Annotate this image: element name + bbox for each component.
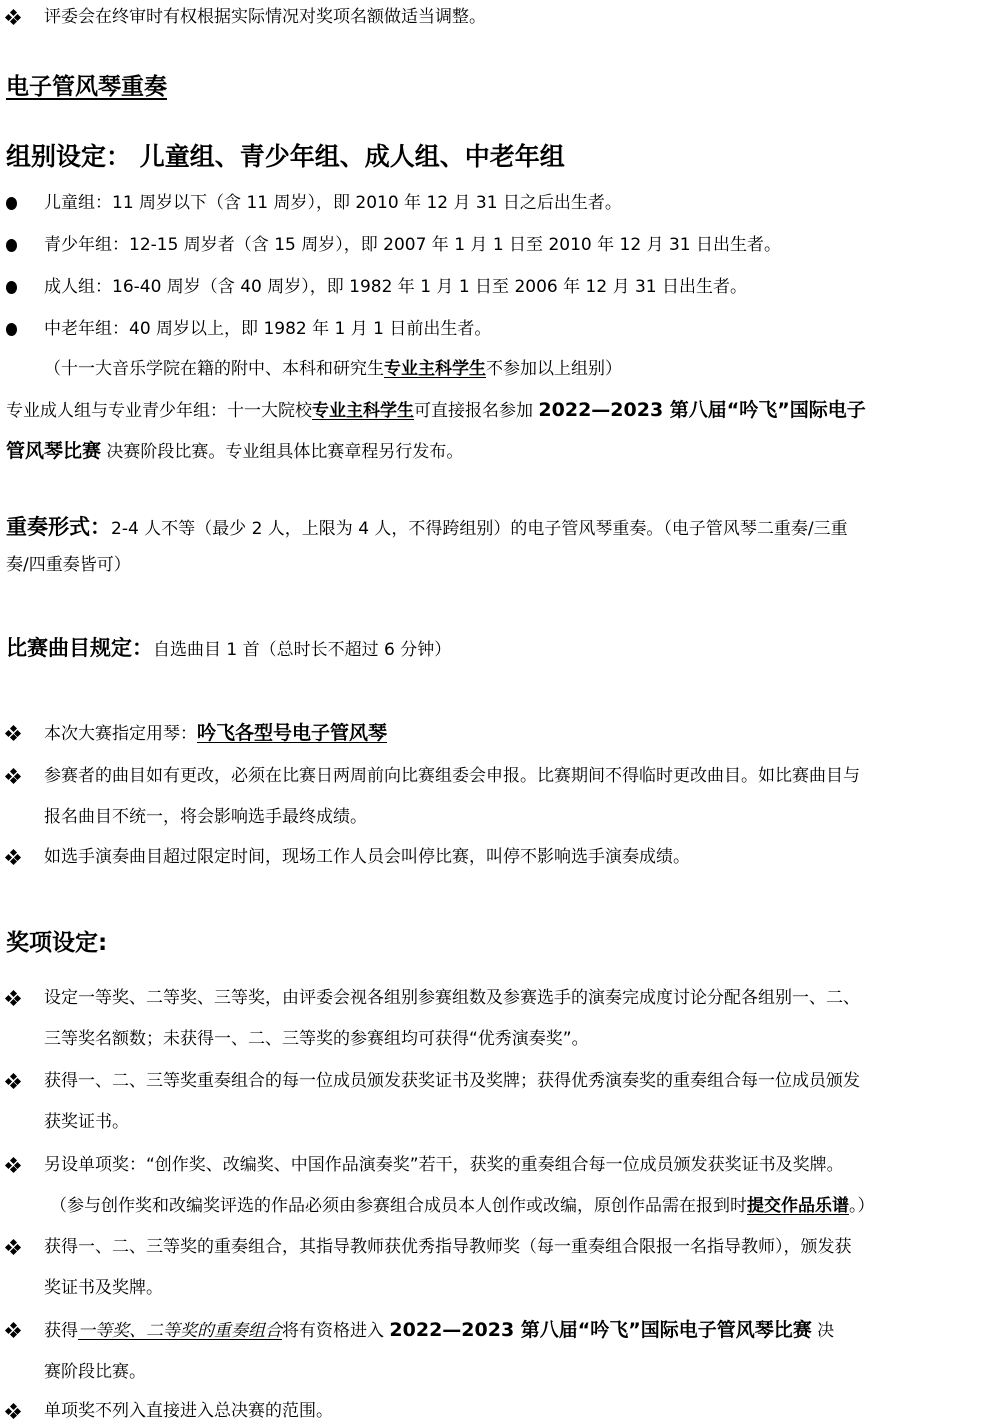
award-line2: 赛阶段比赛。 xyxy=(44,1361,834,1383)
pro-groups-line1: 专业成人组与专业青少年组：十一大院校专业主科学生可直接报名参加 2022—202… xyxy=(6,399,866,422)
rule-line1: 参赛者的曲目如有更改，必须在比赛日两周前向比赛组委会申报。比赛期间不得临时更改曲… xyxy=(44,765,860,787)
pro-competition-name: 2022—2023 第八届“吟飞”国际电子 xyxy=(538,399,865,421)
pro-groups-line2: 管风琴比赛 决赛阶段比赛。专业组具体比赛章程另行发布。 xyxy=(6,440,463,463)
exclusion-emph: 专业主科学生 xyxy=(384,359,486,379)
award-note-post: 。） xyxy=(849,1196,875,1216)
rule-item-time: 如选手演奏曲目超过限定时间，现场工作人员会叫停比赛，叫停不影响选手演奏成绩。 xyxy=(0,846,690,868)
award-line1: 单项奖不列入直接进入总决赛的范围。 xyxy=(44,1400,333,1422)
award-line2: 获奖证书。 xyxy=(44,1111,860,1133)
groups-heading-label: 组别设定： xyxy=(6,142,131,171)
diamond-bullet-icon xyxy=(6,726,20,740)
diamond-bullet-icon xyxy=(6,1323,20,1337)
diamond-bullet-icon xyxy=(6,991,20,1005)
award-line2: 三等奖名额数；未获得一、二、三等奖的参赛组均可获得“优秀演奏奖”。 xyxy=(44,1028,860,1050)
diamond-bullet-icon xyxy=(6,1240,20,1254)
award-competition-name: 2022—2023 第八届“吟飞”国际电子管风琴比赛 xyxy=(389,1319,811,1341)
repertoire-text: 自选曲目 1 首（总时长不超过 6 分钟） xyxy=(153,640,451,660)
page-title: 电子管风琴重奏 xyxy=(6,72,167,102)
award-item-teacher: 获得一、二、三等奖的重奏组合，其指导教师获优秀指导教师奖（每一重奏组合限报一名指… xyxy=(0,1236,852,1299)
dot-bullet-icon xyxy=(6,281,17,294)
diamond-bullet-icon xyxy=(6,850,20,864)
award-pre: 获得 xyxy=(44,1321,78,1341)
group-text: 40 周岁以上，即 1982 年 1 月 1 日前出生者。 xyxy=(129,319,491,339)
dot-bullet-icon xyxy=(6,323,17,336)
diamond-bullet-icon xyxy=(6,1404,20,1418)
pro-pre: 专业成人组与专业青少年组：十一大院校 xyxy=(6,401,312,421)
group-text: 16-40 周岁（含 40 周岁），即 1982 年 1 月 1 日至 2006… xyxy=(112,277,747,297)
pro-competition-name-cont: 管风琴比赛 xyxy=(6,440,101,462)
rule-pre: 本次大赛指定用琴： xyxy=(44,724,197,744)
pro-post: 决赛阶段比赛。专业组具体比赛章程另行发布。 xyxy=(101,442,463,462)
award-note: （参与创作奖和改编奖评选的作品必须由参赛组合成员本人创作或改编，原创作品需在报到… xyxy=(50,1195,875,1217)
ensemble-form-text: 2-4 人不等（最少 2 人，上限为 4 人，不得跨组别）的电子管风琴重奏。（电… xyxy=(111,519,848,539)
group-text: 12-15 周岁者（含 15 周岁），即 2007 年 1 月 1 日至 201… xyxy=(129,235,781,255)
exclusion-pre: （十一大音乐学院在籍的附中、本科和研究生 xyxy=(44,359,384,379)
group-label: 成人组： xyxy=(44,277,112,297)
groups-heading: 组别设定： 儿童组、青少年组、成人组、中老年组 xyxy=(6,141,565,173)
diamond-bullet-icon xyxy=(6,1074,20,1088)
award-item-special: 另设单项奖：“创作奖、改编奖、中国作品演奏奖”若干，获奖的重奏组合每一位成员颁发… xyxy=(0,1154,875,1217)
award-mid: 将有资格进入 xyxy=(282,1321,389,1341)
group-item-teen: 青少年组：12-15 周岁者（含 15 周岁），即 2007 年 1 月 1 日… xyxy=(0,234,781,256)
ensemble-form-line2: 奏/四重奏皆可） xyxy=(6,554,131,576)
ensemble-form-heading: 重奏形式： xyxy=(6,515,111,539)
pro-emph: 专业主科学生 xyxy=(312,401,414,421)
award-line1: 获得一等奖、二等奖的重奏组合将有资格进入 2022—2023 第八届“吟飞”国际… xyxy=(44,1319,834,1342)
rule-item-instrument: 本次大赛指定用琴：吟飞各型号电子管风琴 xyxy=(0,722,387,745)
dot-bullet-icon xyxy=(6,239,17,252)
ensemble-form: 重奏形式：2-4 人不等（最少 2 人，上限为 4 人，不得跨组别）的电子管风琴… xyxy=(6,512,848,542)
award-line1: 设定一等奖、二等奖、三等奖，由评委会视各组别参赛组数及参赛选手的演奏完成度讨论分… xyxy=(44,987,860,1009)
pro-mid: 可直接报名参加 xyxy=(414,401,538,421)
award-line1: 另设单项奖：“创作奖、改编奖、中国作品演奏奖”若干，获奖的重奏组合每一位成员颁发… xyxy=(44,1154,875,1176)
group-label: 中老年组： xyxy=(44,319,129,339)
group-label: 青少年组： xyxy=(44,235,129,255)
top-note-text: 评委会在终审时有权根据实际情况对奖项名额做适当调整。 xyxy=(44,6,486,28)
rule-line2: 报名曲目不统一，将会影响选手最终成绩。 xyxy=(44,806,860,828)
award-line2: 奖证书及奖牌。 xyxy=(44,1277,852,1299)
award-item-qualification: 获得一等奖、二等奖的重奏组合将有资格进入 2022—2023 第八届“吟飞”国际… xyxy=(0,1319,834,1383)
awards-heading: 奖项设定: xyxy=(6,928,107,958)
top-note: 评委会在终审时有权根据实际情况对奖项名额做适当调整。 xyxy=(0,6,486,28)
group-label: 儿童组： xyxy=(44,193,112,213)
award-item-certificates: 获得一、二、三等奖重奏组合的每一位成员颁发获奖证书及奖牌；获得优秀演奏奖的重奏组… xyxy=(0,1070,860,1133)
award-note-emph: 提交作品乐谱 xyxy=(747,1196,849,1216)
award-note-pre: （参与创作奖和改编奖评选的作品必须由参赛组合成员本人创作或改编，原创作品需在报到… xyxy=(50,1196,747,1216)
repertoire: 比赛曲目规定：自选曲目 1 首（总时长不超过 6 分钟） xyxy=(6,633,451,663)
award-emph: 一等奖、二等奖的重奏组合 xyxy=(78,1321,282,1341)
group-item-adult: 成人组：16-40 周岁（含 40 周岁），即 1982 年 1 月 1 日至 … xyxy=(0,276,747,298)
rule-line1: 如选手演奏曲目超过限定时间，现场工作人员会叫停比赛，叫停不影响选手演奏成绩。 xyxy=(44,846,690,868)
diamond-bullet-icon xyxy=(6,769,20,783)
groups-heading-value: 儿童组、青少年组、成人组、中老年组 xyxy=(140,142,565,171)
rule-item-change: 参赛者的曲目如有更改，必须在比赛日两周前向比赛组委会申报。比赛期间不得临时更改曲… xyxy=(0,765,860,828)
group-item-children: 儿童组：11 周岁以下（含 11 周岁），即 2010 年 12 月 31 日之… xyxy=(0,192,622,214)
award-post: 决 xyxy=(812,1321,834,1341)
repertoire-heading: 比赛曲目规定： xyxy=(6,636,153,660)
exclusion-note: （十一大音乐学院在籍的附中、本科和研究生专业主科学生不参加以上组别） xyxy=(44,358,622,380)
award-item-exclusion: 单项奖不列入直接进入总决赛的范围。 xyxy=(0,1400,333,1422)
dot-bullet-icon xyxy=(6,197,17,210)
diamond-bullet-icon xyxy=(6,1158,20,1172)
award-line1: 获得一、二、三等奖重奏组合的每一位成员颁发获奖证书及奖牌；获得优秀演奏奖的重奏组… xyxy=(44,1070,860,1092)
rule-emph: 吟飞各型号电子管风琴 xyxy=(197,722,387,744)
diamond-bullet-icon xyxy=(6,10,20,24)
group-item-senior: 中老年组：40 周岁以上，即 1982 年 1 月 1 日前出生者。 xyxy=(0,318,491,340)
group-text: 11 周岁以下（含 11 周岁），即 2010 年 12 月 31 日之后出生者… xyxy=(112,193,622,213)
award-line1: 获得一、二、三等奖的重奏组合，其指导教师获优秀指导教师奖（每一重奏组合限报一名指… xyxy=(44,1236,852,1258)
award-item-levels: 设定一等奖、二等奖、三等奖，由评委会视各组别参赛组数及参赛选手的演奏完成度讨论分… xyxy=(0,987,860,1050)
exclusion-post: 不参加以上组别） xyxy=(486,359,622,379)
